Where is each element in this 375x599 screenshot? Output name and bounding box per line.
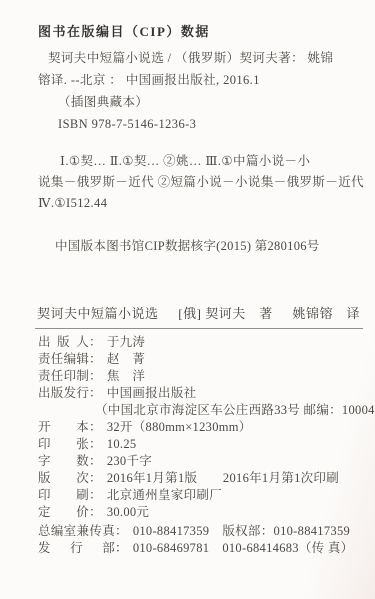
cip-description-line: 镕译. --北京 ： 中国画报出版社, 2016.1	[38, 69, 333, 91]
title-row: 契诃夫中短篇小说选 [俄] 契诃夫 著 姚锦镕 译	[37, 303, 360, 322]
field-value: 赵 菁	[107, 352, 145, 366]
colon: ：	[89, 420, 102, 434]
cip-record-number: 中国版本图书馆CIP数据核字(2015) 第280106号	[55, 236, 320, 254]
colophon-row-edition: 版次：2016年1月第1版 2016年1月第1次印刷	[38, 470, 367, 487]
classification-line: Ⅳ.①I512.44	[38, 193, 364, 214]
colon: ：	[115, 541, 128, 555]
divider-line	[35, 328, 363, 329]
colophon-row-print-supervisor: 责任印制：焦 洋	[38, 368, 367, 385]
colon: ：	[89, 454, 102, 468]
isbn-line: ISBN 978-7-5146-1236-3	[38, 113, 333, 135]
colon: ：	[89, 471, 102, 485]
contact-block: 总编室兼传真：010-88417359版权部：010-88417359 发行部：…	[38, 523, 367, 557]
cip-header: 图书在版编目（CIP）数据	[38, 21, 210, 40]
colophon-row-sheets: 印张：10.25	[38, 436, 367, 453]
colon: ：	[89, 437, 102, 451]
classification-line: 说集－俄罗斯－近代 ②短篇小说－小说集－俄罗斯－近代	[38, 172, 364, 193]
colon: ：	[89, 335, 102, 349]
field-label: 总编室兼传真	[38, 523, 115, 540]
field-value: 30.00元	[107, 505, 149, 519]
field-value: 北京通州皇家印刷厂	[107, 488, 222, 502]
field-label: 出版人	[38, 334, 89, 351]
colophon: 出版人：于九涛 责任编辑：赵 菁 责任印制：焦 洋 出版发行：中国画报出版社 （…	[38, 334, 367, 521]
field-value: 2016年1月第1版 2016年1月第1次印刷	[107, 471, 339, 485]
cip-description: 契诃夫中短篇小说选 / （俄罗斯）契诃夫著： 姚锦 镕译. --北京 ： 中国画…	[38, 47, 333, 135]
field-label: 印刷	[38, 487, 89, 504]
phone-number: 010-68469781	[133, 541, 210, 555]
classification-line: Ⅰ.①契… Ⅱ.①契… ②姚… Ⅲ.①中篇小说－小	[38, 151, 364, 172]
colophon-row-format: 开本：32开（880mm×1230mm）	[38, 419, 367, 436]
colophon-row-price: 定价：30.00元	[38, 504, 367, 521]
publisher-address: （中国北京市海淀区车公庄西路33号 邮编：100048）	[38, 402, 367, 419]
fax-number: 010-68414683（传 真）	[222, 541, 353, 555]
author-credit: [俄] 契诃夫 著	[178, 303, 272, 322]
colon: ：	[89, 369, 102, 383]
field-value: 32开（880mm×1230mm）	[107, 420, 252, 434]
field-label: 出版发行	[38, 385, 89, 402]
field-label: 发行部	[38, 540, 115, 557]
colophon-row-publisher: 出版发行：中国画报出版社	[38, 385, 367, 402]
colon: ：	[89, 505, 102, 519]
colophon-row-printer: 印刷：北京通州皇家印刷厂	[38, 487, 367, 504]
field-value: 230千字	[107, 454, 152, 468]
field-value: 于九涛	[107, 335, 145, 349]
field-label: 责任编辑	[38, 351, 89, 368]
contact-row-editorial-office: 总编室兼传真：010-88417359版权部：010-88417359	[38, 523, 367, 540]
field-label: 责任印制	[38, 368, 89, 385]
phone-number: 010-88417359	[133, 524, 210, 538]
field-value: 焦 洋	[107, 369, 145, 383]
field-label: 印张	[38, 436, 89, 453]
colophon-row-publisher-person: 出版人：于九涛	[38, 334, 367, 351]
field-label: 定价	[38, 504, 89, 521]
contact-row-distribution-dept: 发行部：010-68469781010-68414683（传 真）	[38, 540, 367, 557]
field-label: 字数	[38, 453, 89, 470]
cip-description-line: 契诃夫中短篇小说选 / （俄罗斯）契诃夫著： 姚锦	[38, 47, 333, 69]
colon: ：	[115, 524, 128, 538]
colon: ：	[89, 352, 102, 366]
translator-credit: 姚锦镕 译	[292, 303, 360, 322]
colophon-row-wordcount: 字数：230千字	[38, 453, 367, 470]
field-value: 中国画报出版社	[107, 386, 197, 400]
field-label: 版次	[38, 470, 89, 487]
cip-series-note: （插图典藏本）	[38, 91, 333, 113]
colon: ：	[89, 488, 102, 502]
copyright-dept-phone: 版权部：010-88417359	[222, 524, 350, 538]
field-label: 开本	[38, 419, 89, 436]
colophon-row-editor: 责任编辑：赵 菁	[38, 351, 367, 368]
colon: ：	[89, 386, 102, 400]
cip-classification: Ⅰ.①契… Ⅱ.①契… ②姚… Ⅲ.①中篇小说－小 说集－俄罗斯－近代 ②短篇小…	[38, 151, 364, 214]
field-value: 10.25	[107, 437, 137, 451]
book-title: 契诃夫中短篇小说选	[37, 303, 159, 322]
book-copyright-page: 图书在版编目（CIP）数据 契诃夫中短篇小说选 / （俄罗斯）契诃夫著： 姚锦 …	[0, 0, 375, 599]
